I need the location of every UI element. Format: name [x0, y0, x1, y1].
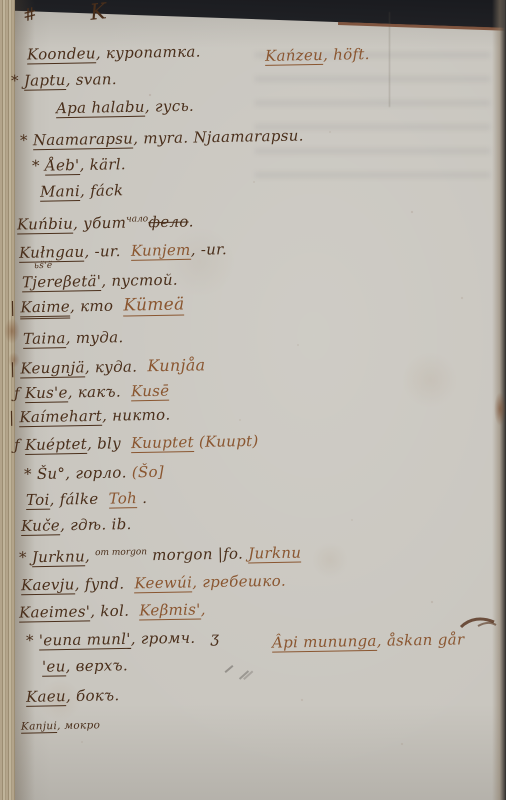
entry-line: ƒ Kuéptet, bly Kuuptet (Kuupt) [14, 432, 259, 454]
headword: 'euna munl' [39, 630, 131, 651]
entry-line: Kaeimes', kol. Keβmis', [19, 600, 206, 621]
gloss-text: , fálke [49, 490, 108, 509]
gloss-text: ƒ [14, 384, 25, 402]
entry-line: Kuče, гдѣ. ib. [21, 515, 132, 535]
headword: Apa halabu [56, 98, 145, 119]
gloss-text: (Kuupt) [194, 432, 259, 451]
entry-line: Tjereβetä', пустой. [22, 271, 178, 292]
entry-line: Koondeu, куропатка. [27, 42, 201, 63]
entry-line: Toi, fálke Toh . [26, 489, 147, 509]
headword: Keewúi [134, 573, 192, 593]
headword: Kuńbiu [17, 215, 73, 235]
entry-line: Kuńbiu, убитчалофело. [17, 212, 194, 233]
gloss-text: , куда. [85, 357, 148, 376]
gloss-text: , fynd. [74, 574, 134, 593]
gloss-text: , какъ. [68, 382, 132, 401]
gloss-text: , -ur. [84, 242, 131, 261]
gloss-text: , svan. [65, 70, 116, 89]
gloss-text: ƒ [14, 436, 25, 454]
gloss-text: ʒ [210, 628, 219, 646]
headword: Keugnjä [20, 358, 85, 378]
headword: Kańzeu [265, 46, 323, 66]
headword: Kanjui [21, 720, 57, 734]
entry-line: Kaeu, бокъ. [26, 686, 120, 706]
gloss-text: , пустой. [101, 271, 178, 290]
entry-line: ƒ Kus'e, какъ. Kusē [14, 382, 170, 403]
gloss-text: ьš'ĕ [34, 261, 53, 271]
headword: Jurknu [248, 544, 301, 564]
gloss-text: , kol. [90, 602, 139, 621]
entry-line: | Keugnjä, куда. Kunjåa [10, 355, 206, 377]
headword: Jurknu [32, 547, 85, 567]
headword: Kułngau [19, 243, 85, 263]
gloss-text: , myra. Njaamarapsu. [133, 127, 304, 148]
headword: Naamarapsu [33, 130, 134, 151]
gloss-text: , åskan går [377, 630, 465, 650]
headword: Taina [23, 329, 66, 349]
entry-line: ьš'ĕ [34, 261, 53, 271]
gloss-text: Šu° [37, 465, 66, 483]
entry-line: Kaevju, fynd. Keewúi, гребешко. [21, 572, 286, 595]
headword: Kus'e [25, 383, 68, 403]
headword: Kusē [131, 382, 170, 402]
gloss-text: * [26, 631, 39, 649]
gloss-text: , höft. [323, 45, 370, 64]
gloss-text: , гдѣ. ib. [60, 515, 132, 534]
gloss-text: , гусь. [145, 97, 195, 116]
gloss-text: , гребешко. [192, 572, 286, 592]
gloss-text: , горло. [65, 463, 132, 482]
entry-line: Kułngau, -ur. Kunjem, -ur. [19, 240, 227, 262]
gloss-text: * [11, 72, 24, 90]
headword: Toh [108, 489, 137, 508]
headword: Kuče [21, 516, 60, 536]
headword: Koondeu [27, 44, 96, 64]
manuscript-page-photo: # K Koondeu, куропатка.Kańzeu, höft.* Ja… [0, 0, 506, 800]
gloss-text: , [85, 547, 95, 565]
entry-line: * Šu°, горло. (Šo] [24, 463, 164, 483]
entry-line: * Åeb', kärl. [32, 155, 126, 175]
gloss-text: чало [126, 214, 148, 224]
gloss-text: om morgon [95, 547, 147, 558]
gloss-text: , куропатка. [96, 42, 201, 62]
gloss-text: morgon |fo. [147, 544, 248, 564]
headword: Japtu [24, 71, 66, 91]
entry-line: Taina, туда. [23, 328, 124, 348]
headword: Kümeä [123, 294, 184, 316]
gloss-text: , туда. [66, 328, 124, 347]
gloss-text: , громч. [131, 628, 211, 647]
entry-line: * Naamarapsu, myra. Njaamarapsu. [20, 127, 304, 150]
entry-line: Mani, fáck [40, 181, 124, 200]
headword: Kaeu [26, 687, 66, 707]
headword: Åeb' [45, 156, 80, 176]
gloss-text: , bly [87, 434, 131, 453]
entry-line: Kańzeu, höft. [265, 45, 370, 65]
gloss-text: , верхъ. [65, 656, 128, 675]
headword: Kuuptet [131, 433, 194, 453]
gloss-text: , кто [70, 297, 124, 316]
gloss-text: * [20, 131, 33, 149]
entry-line: | Kaímehart, никто. [9, 406, 171, 427]
entry-line: * Japtu, svan. [11, 70, 117, 90]
gloss-text: Kunjåa [147, 355, 205, 375]
gloss-text: , бокъ. [66, 686, 120, 705]
gloss-text: , убит [73, 214, 126, 233]
gloss-text: . [137, 489, 147, 507]
gloss-text: * [19, 548, 32, 566]
gloss-text: * [32, 157, 45, 175]
entry-line: Apa halabu, гусь. [56, 97, 194, 117]
headword: 'eu [42, 657, 66, 676]
headword: Keβmis' [139, 600, 201, 620]
gloss-text: . [189, 212, 194, 230]
entry-line: Kanjui, мокро [21, 719, 100, 732]
entries-layer: Koondeu, куропатка.Kańzeu, höft.* Japtu,… [0, 0, 506, 800]
gloss-text: , никто. [102, 406, 171, 425]
gloss-text: фело [148, 213, 189, 232]
entry-line: Âpi mununga, åskan går [272, 630, 465, 651]
entry-line: | Kaime, кто Kümeä [10, 294, 185, 317]
gloss-text: , -ur. [190, 240, 227, 259]
headword: Kaevju [21, 575, 75, 595]
entry-line: 'eu, верхъ. [42, 656, 128, 675]
headword: Kuéptet [25, 435, 87, 455]
headword: Âpi mununga [272, 632, 377, 653]
headword: Kaímehart [19, 407, 102, 427]
headword: Mani [40, 182, 80, 202]
headword: Kaeimes' [19, 602, 90, 622]
headword: Toi [26, 491, 50, 510]
entry-line: * 'euna munl', громч. ʒ [26, 628, 220, 649]
gloss-text: , kärl. [79, 155, 126, 174]
headword: Kunjem [131, 241, 191, 261]
gloss-text: (Šo] [132, 463, 165, 482]
headword: Kaime [20, 297, 70, 319]
gloss-text: , fáck [80, 181, 124, 200]
gloss-text: , [200, 600, 205, 618]
gloss-text: , мокро [57, 719, 100, 732]
gloss-text: * [24, 465, 37, 483]
entry-line: * Jurknu, om morgon morgon |fo. Jurknu [19, 544, 302, 567]
headword: Tjereβetä' [22, 272, 102, 292]
